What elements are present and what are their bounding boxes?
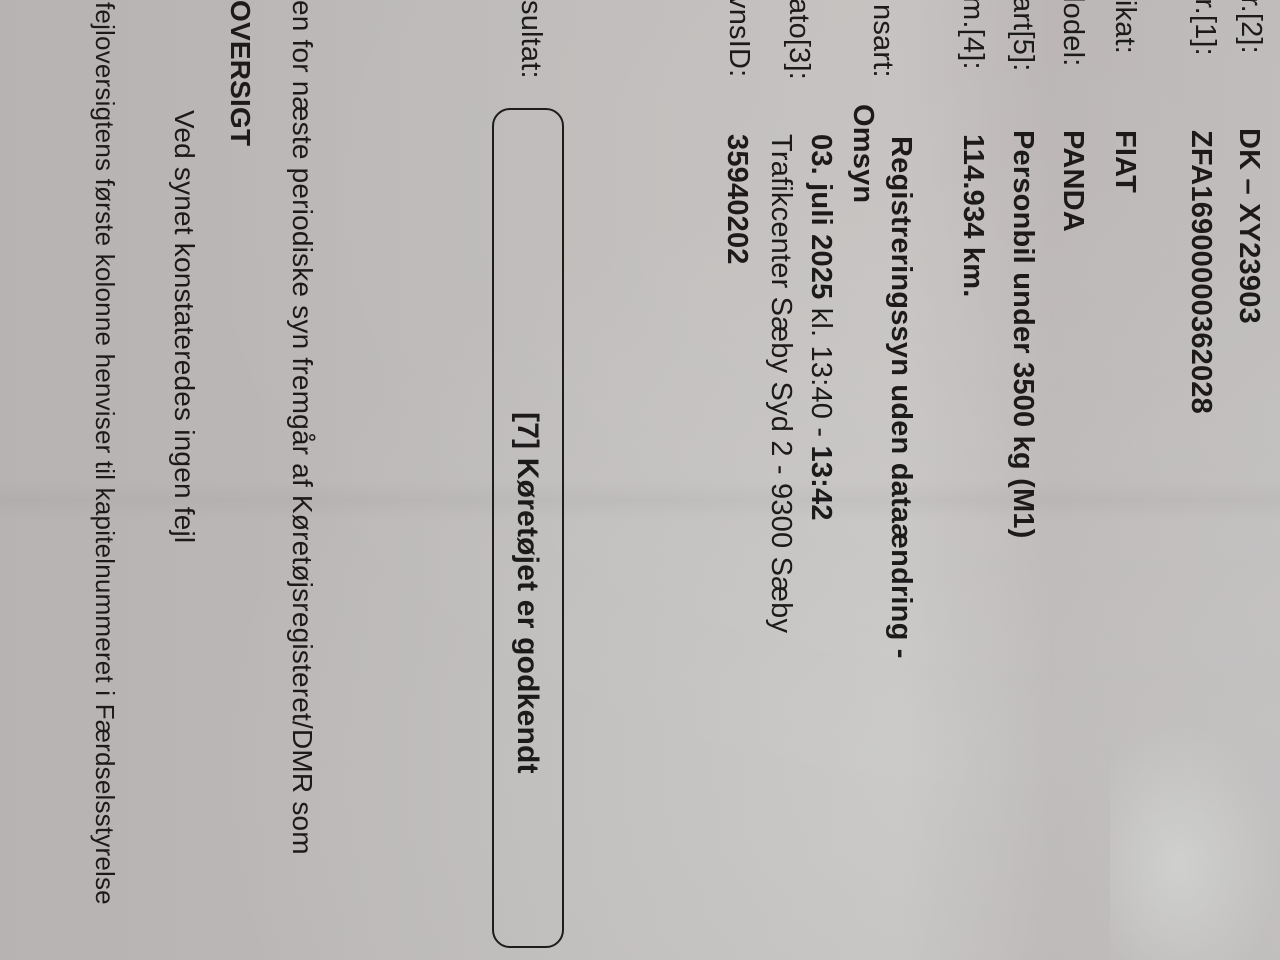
label-model: lodel: xyxy=(1058,0,1087,67)
document-photo: nr.[2]: nr.[1]: rikat: lodel: art[5]: m.… xyxy=(0,0,1280,960)
inspection-datetime: 03. juli 2025 kl. 13:40 - 13:42 xyxy=(806,134,835,521)
label-vin: nr.[1]: xyxy=(1190,0,1219,56)
vehicle-type: Personbil under 3500 kg (M1) xyxy=(1008,130,1037,539)
label-inspection-id: vnsID: xyxy=(724,0,753,77)
vin-number: ZFA16900000362028 xyxy=(1186,130,1215,414)
odometer-reading: 114.934 km. xyxy=(958,134,987,297)
label-inspection-type: nsart: xyxy=(868,4,897,78)
label-result: sultat: xyxy=(516,0,545,79)
inspection-type-line2: Omsyn xyxy=(848,104,877,203)
label-vehicle-type: art[5]: xyxy=(1008,0,1037,72)
registration-number: DK – XY23903 xyxy=(1234,128,1263,324)
vehicle-make: FIAT xyxy=(1110,130,1139,193)
label-odometer: m.[4]: xyxy=(958,0,987,70)
result-value: [7] Køretøjet er godkendt xyxy=(512,412,542,774)
next-inspection-text: en for næste periodiske syn fremgår af K… xyxy=(288,0,316,855)
error-overview-heading: OVERSIGT xyxy=(226,0,254,146)
inspection-location: Trafikcenter Sæby Syd 2 - 9300 Sæby xyxy=(766,134,795,633)
error-overview-statement: Ved synet konstateredes ingen fejl xyxy=(170,110,198,543)
vehicle-model: PANDA xyxy=(1058,130,1087,232)
inspection-date: 03. juli 2025 xyxy=(805,134,837,299)
inspection-time-start: kl. 13:40 - xyxy=(805,299,837,445)
label-make: rikat: xyxy=(1110,0,1139,54)
inspection-type-line1: Registreringssyn uden dataændring - xyxy=(886,136,915,659)
label-date: ato[3]: xyxy=(784,0,813,80)
inspection-id: 35940202 xyxy=(722,134,751,265)
error-overview-footnote: fejloversigtens første kolonne henviser … xyxy=(92,2,118,905)
paper-glare xyxy=(1110,720,1280,960)
inspection-time-end: 13:42 xyxy=(805,446,837,521)
label-registration-number: nr.[2]: xyxy=(1236,0,1265,54)
